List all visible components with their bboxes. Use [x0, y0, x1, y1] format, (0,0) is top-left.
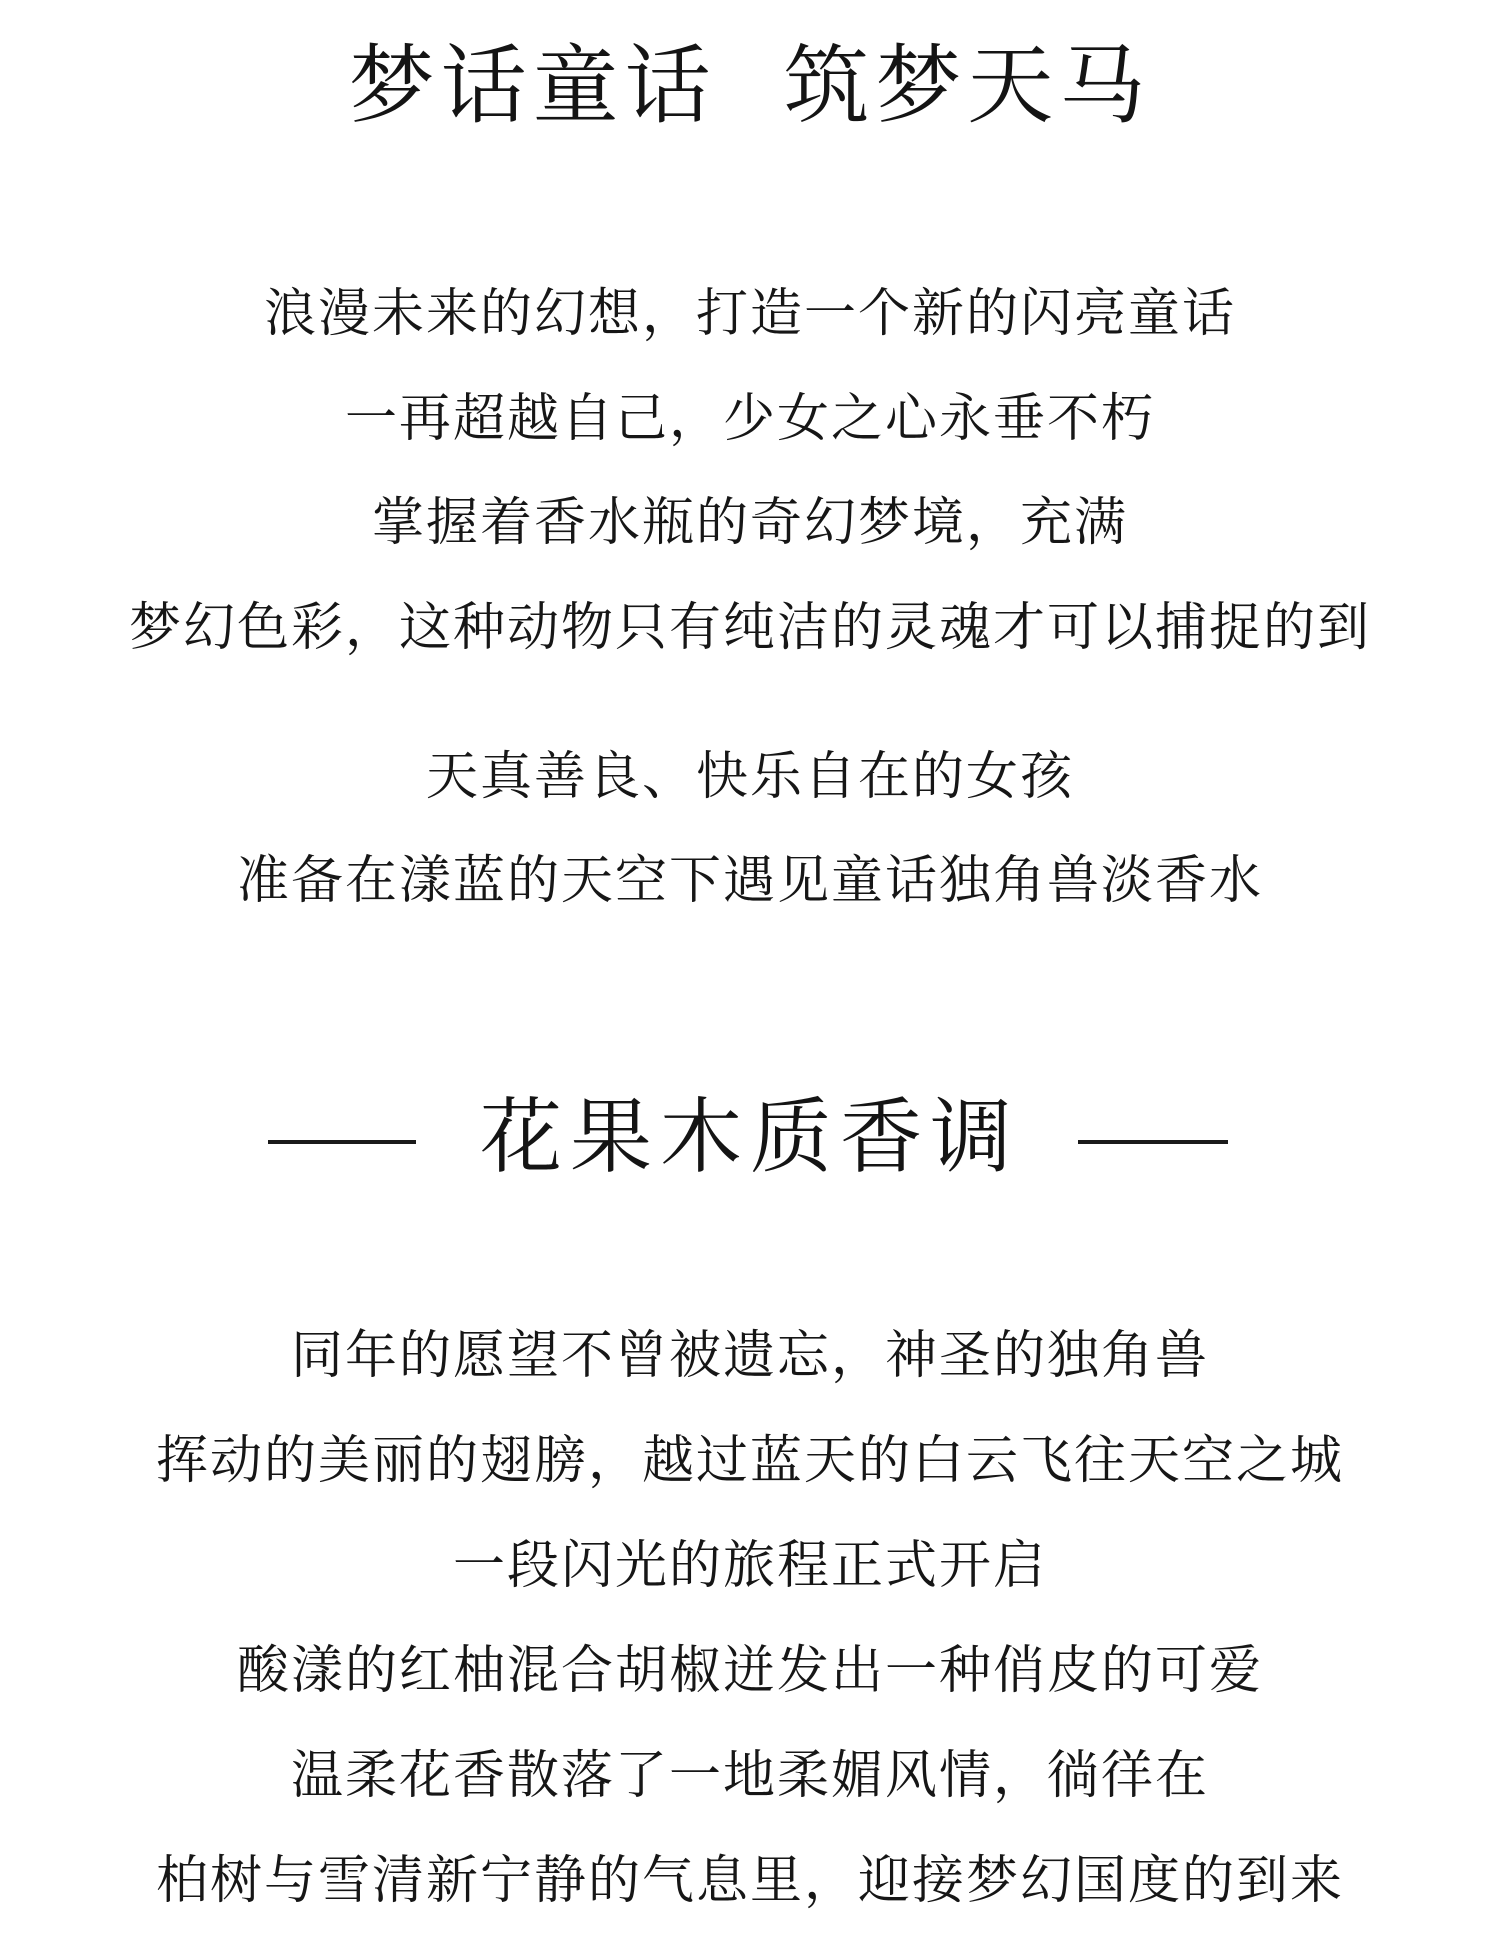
product-description-page: 梦话童话 筑梦天马 浪漫未来的幻想，打造一个新的闪亮童话 一再超越自己，少女之心… — [0, 0, 1500, 1957]
section-line-6: 柏树与雪清新宁静的气息里，迎接梦幻国度的到来 — [0, 1851, 1500, 1911]
section-line-1: 同年的愿望不曾被遗忘，神圣的独角兽 — [0, 1326, 1500, 1386]
section-heading: 花果木质香调 — [0, 1090, 1500, 1186]
intro-line-2: 一再超越自己，少女之心永垂不朽 — [0, 389, 1500, 449]
intro-line-1: 浪漫未来的幻想，打造一个新的闪亮童话 — [0, 284, 1500, 344]
heading-dash-right — [1078, 1140, 1228, 1144]
intro-line-3: 掌握着香水瓶的奇幻梦境，充满 — [0, 493, 1500, 553]
section-line-4: 酸漾的红柚混合胡椒迸发出一种俏皮的可爱 — [0, 1641, 1500, 1701]
section-line-2: 挥动的美丽的翅膀，越过蓝天的白云飞往天空之城 — [0, 1431, 1500, 1491]
section-line-3: 一段闪光的旅程正式开启 — [0, 1536, 1500, 1596]
intro-line-4: 梦幻色彩，这种动物只有纯洁的灵魂才可以捕捉的到 — [0, 598, 1500, 658]
section-line-5: 温柔花香散落了一地柔媚风情，徜徉在 — [0, 1746, 1500, 1806]
page-title: 梦话童话 筑梦天马 — [0, 38, 1500, 134]
intro2-line-2: 准备在漾蓝的天空下遇见童话独角兽淡香水 — [0, 851, 1500, 911]
intro2-line-1: 天真善良、快乐自在的女孩 — [0, 747, 1500, 807]
section-heading-label: 花果木质香调 — [0, 1090, 1500, 1186]
